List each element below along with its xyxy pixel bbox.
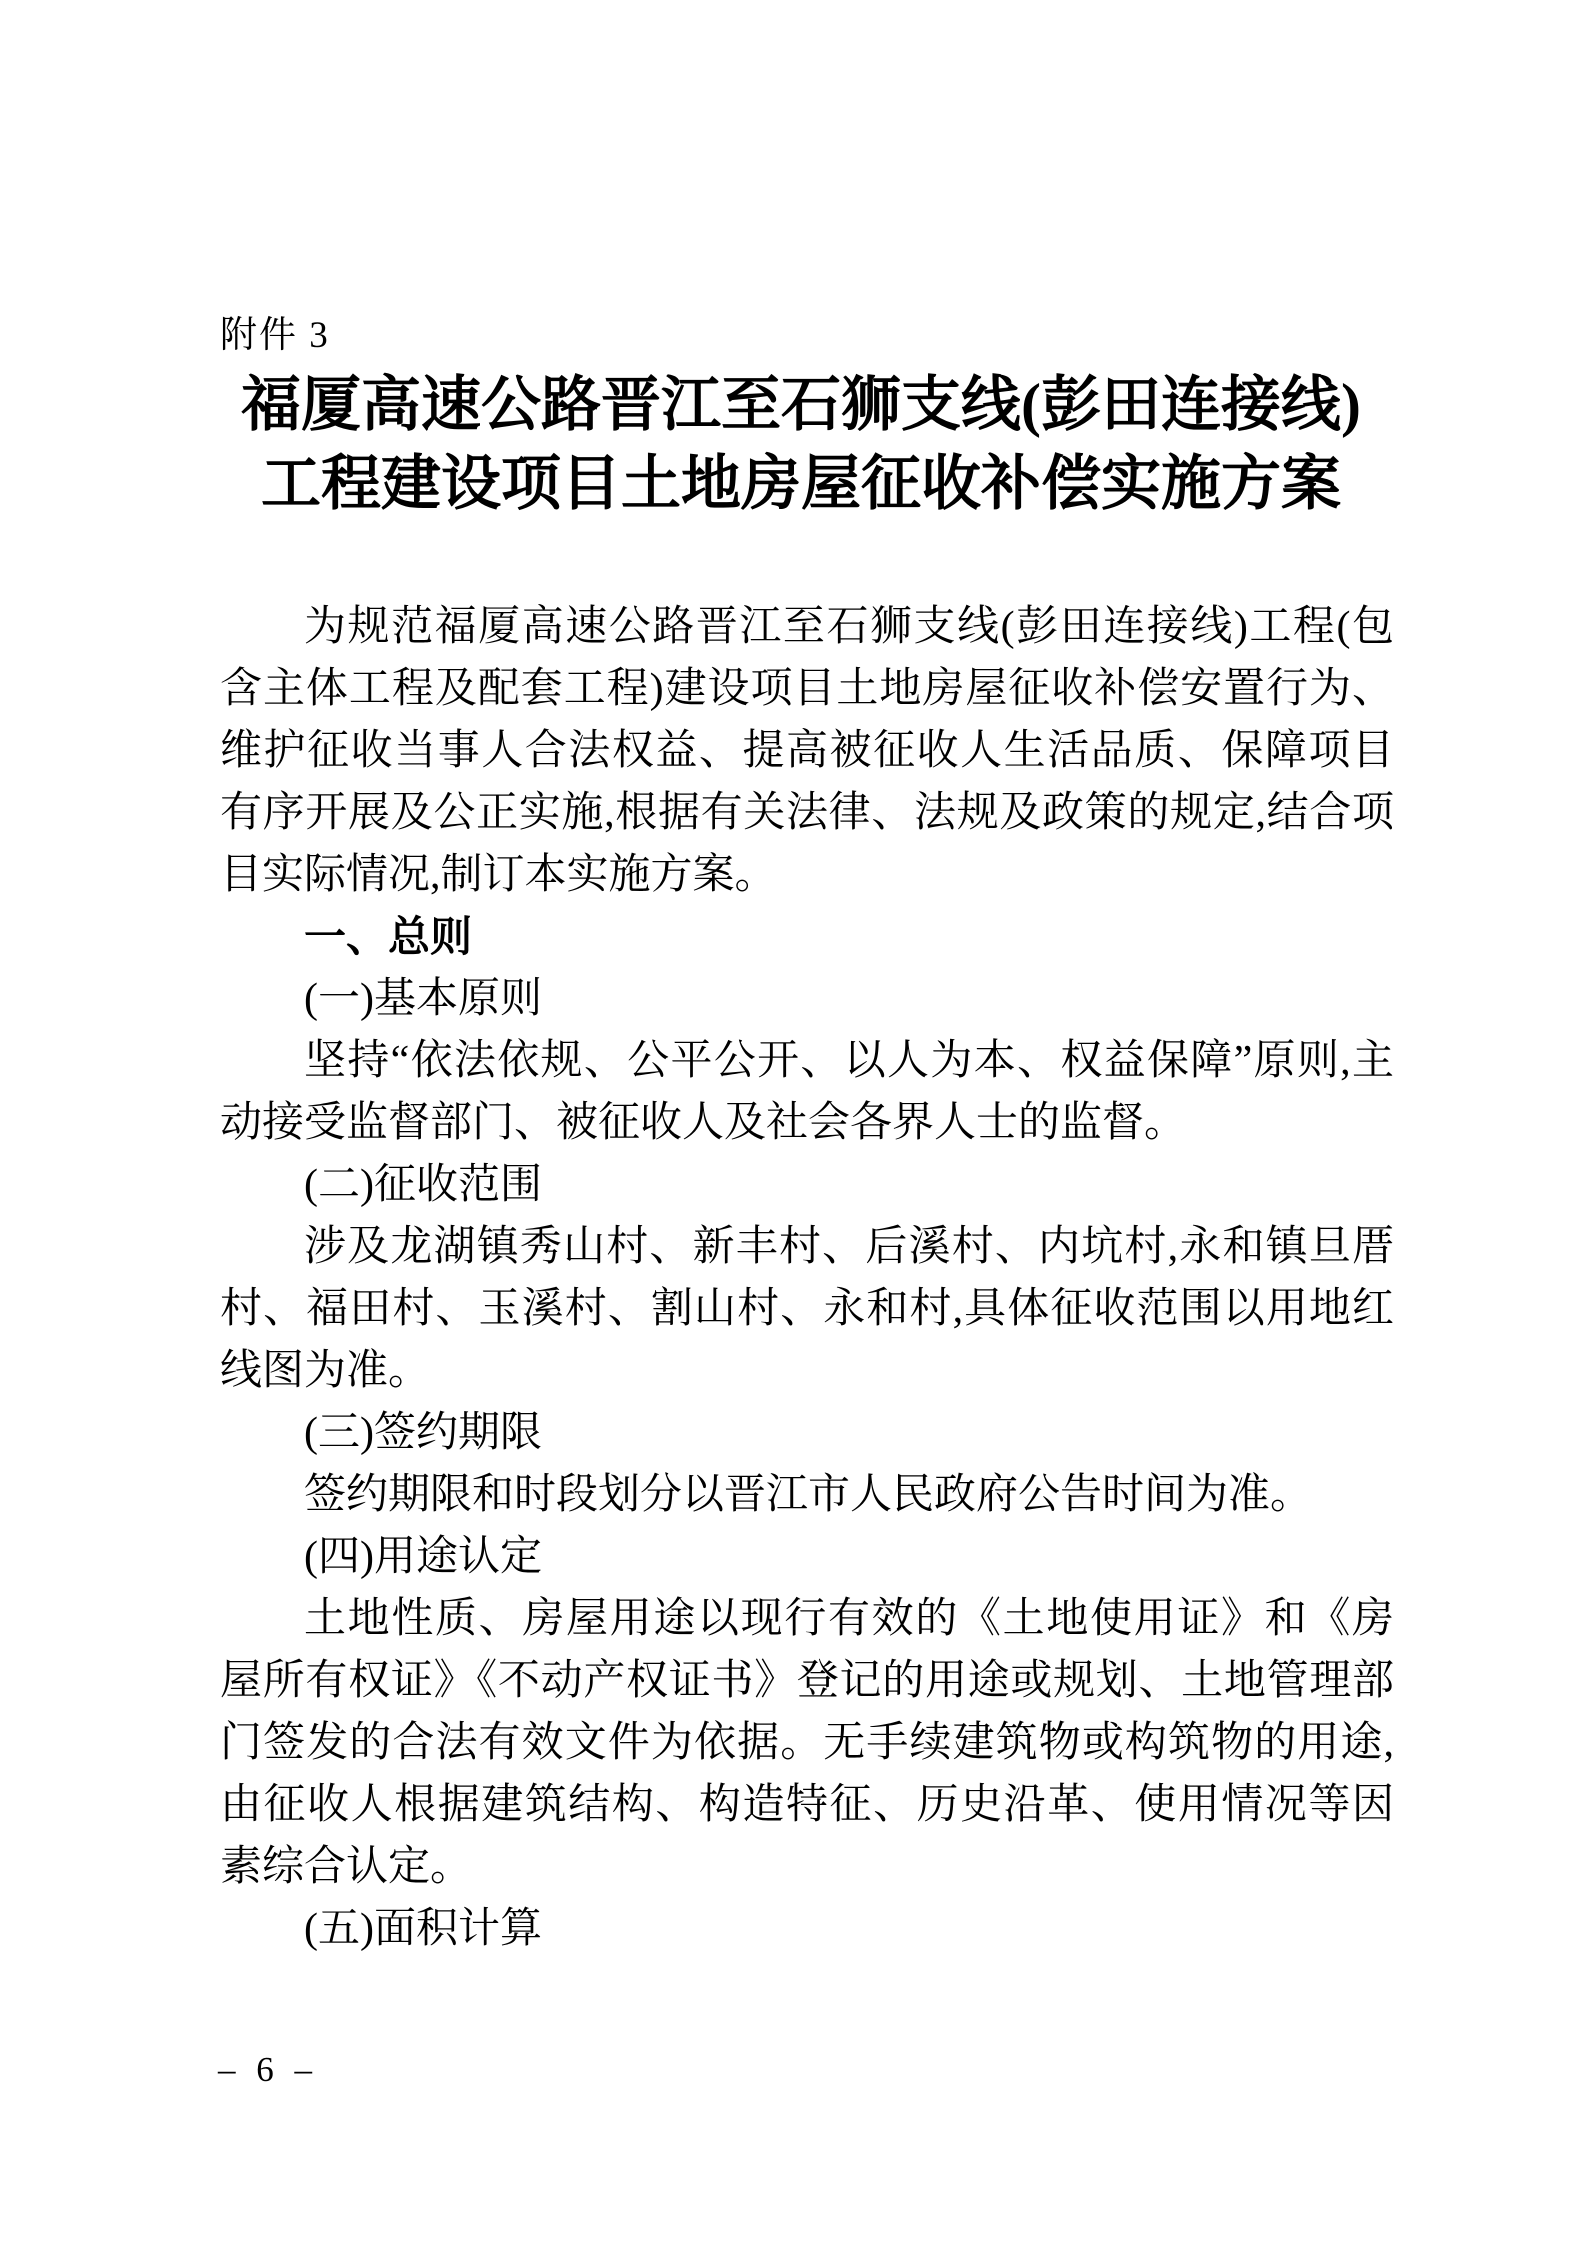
page-number: – 6 – bbox=[218, 2048, 318, 2092]
subsection-heading: (一)基本原则 bbox=[220, 968, 1394, 1030]
paragraph: 签约期限和时段划分以晋江市人民政府公告时间为准。 bbox=[220, 1464, 1394, 1526]
subsection-heading: (二)征收范围 bbox=[220, 1154, 1394, 1216]
document-title-line2: 工程建设项目土地房屋征收补偿实施方案 bbox=[208, 445, 1394, 524]
document-page: 附件 3 福厦高速公路晋江至石狮支线(彭田连接线) 工程建设项目土地房屋征收补偿… bbox=[0, 0, 1587, 2245]
section-heading: 一、总则 bbox=[220, 906, 1394, 968]
paragraph: 涉及龙湖镇秀山村、新丰村、后溪村、内坑村,永和镇旦厝村、福田村、玉溪村、割山村、… bbox=[220, 1216, 1394, 1402]
subsection-heading: (三)签约期限 bbox=[220, 1402, 1394, 1464]
paragraph: 坚持“依法依规、公平公开、以人为本、权益保障”原则,主动接受监督部门、被征收人及… bbox=[220, 1030, 1394, 1154]
paragraph: 为规范福厦高速公路晋江至石狮支线(彭田连接线)工程(包含主体工程及配套工程)建设… bbox=[220, 596, 1394, 906]
subsection-heading: (五)面积计算 bbox=[220, 1898, 1394, 1960]
attachment-label: 附件 3 bbox=[220, 314, 330, 358]
document-title: 福厦高速公路晋江至石狮支线(彭田连接线) 工程建设项目土地房屋征收补偿实施方案 bbox=[208, 366, 1394, 524]
document-title-line1: 福厦高速公路晋江至石狮支线(彭田连接线) bbox=[208, 366, 1394, 445]
paragraph: 土地性质、房屋用途以现行有效的《土地使用证》和《房屋所有权证》《不动产权证书》登… bbox=[220, 1588, 1394, 1898]
subsection-heading: (四)用途认定 bbox=[220, 1526, 1394, 1588]
document-body: 为规范福厦高速公路晋江至石狮支线(彭田连接线)工程(包含主体工程及配套工程)建设… bbox=[220, 596, 1394, 1960]
